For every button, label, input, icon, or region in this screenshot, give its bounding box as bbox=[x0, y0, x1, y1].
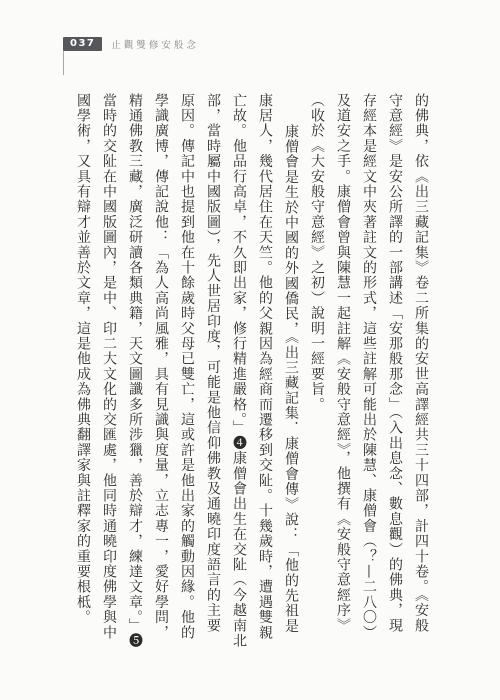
page-number-badge: 037 bbox=[63, 37, 102, 51]
text-column: 康居人，幾代居住在天竺。他的父親因為經商而遷移到交阯。十幾歲時，遭遇雙親 bbox=[252, 93, 278, 661]
text-column: 國學術，又具有辯才並善於文章，這是他成為佛典翻譯家與註釋家的重要根柢。 bbox=[70, 93, 96, 661]
vertical-text-area: 的佛典，依《出三藏記集》卷二所集的安世高譯經共三十四部，計四十卷。《安般守意經》… bbox=[70, 93, 434, 661]
text-column: 部，當時屬中國版圖），先人世居印度，可能是他信仰佛教及通曉印度語言的主要 bbox=[200, 93, 226, 661]
text-column: 精通佛教三藏，廣泛研讀各類典籍，天文圖讖多所涉獵，善於辯才，練達文章。」❺ bbox=[122, 93, 148, 661]
text-column: 亡故。他品行高卓，不久即出家，修行精進嚴格。」❹康僧會出生在交阯（今越南北 bbox=[226, 93, 252, 661]
page-header: 037 止觀雙修安般念 bbox=[63, 37, 199, 51]
text-column: 學識廣博，傳記說他：「為人高尚風雅，具有見識與度量，立志專一，愛好學問， bbox=[148, 93, 174, 661]
text-column: 存經本是經文中夾著註文的形式，這些註解可能出於陳慧、康僧會（？—二八〇） bbox=[356, 93, 382, 661]
text-column: 守意經》是安公所譯的一部講述「安那般那念」（入出息念、數息觀）的佛典，現 bbox=[382, 93, 408, 661]
text-column: 康僧會是生於中國的外國僑民，《出三藏記集．康僧會傳》說：「他的先祖是 bbox=[278, 93, 304, 661]
text-column: （收於《大安般守意經》之初）說明一經要旨。 bbox=[304, 93, 330, 661]
text-column: 當時的交阯在中國版圖內，是中、印二大文化的交匯處，他同時通曉印度佛學與中 bbox=[96, 93, 122, 661]
text-column: 的佛典，依《出三藏記集》卷二所集的安世高譯經共三十四部，計四十卷。《安般 bbox=[408, 93, 434, 661]
header-rule bbox=[63, 51, 64, 75]
text-column: 原因。傳記中也提到他在十餘歲時父母已雙亡，這或許是他出家的觸動因緣。他的 bbox=[174, 93, 200, 661]
running-title: 止觀雙修安般念 bbox=[111, 37, 199, 51]
text-column: 及道安之手。康僧會曾與陳慧一起註解《安般守意經》，他撰有《安般守意經序》 bbox=[330, 93, 356, 661]
book-page: 037 止觀雙修安般念 的佛典，依《出三藏記集》卷二所集的安世高譯經共三十四部，… bbox=[0, 0, 500, 700]
